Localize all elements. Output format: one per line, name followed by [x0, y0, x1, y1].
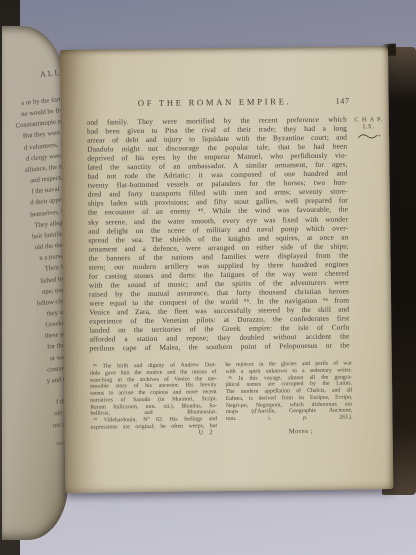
main-text-line: perilous cape of Malea, the southern poi… [90, 341, 350, 353]
footnote-column-left: ⁹⁴ The birth and dignity of Andrew Dan-d… [90, 362, 217, 431]
footnotes: ⁹⁴ The birth and dignity of Andrew Dan-d… [90, 360, 353, 431]
chapter-margin-note: C H A P. LX. [351, 117, 387, 140]
facing-page-left: ALL s or by the fortune would be fruiCon… [2, 26, 68, 540]
book-page-right: OF THE ROMAN EMPIRE. 147 C H A P. LX. an… [60, 46, 393, 493]
catchword: Morea ; [289, 428, 313, 435]
left-page-footnote-fragments: bassador in Consta-sed [17, 433, 68, 463]
chapter-label: C H A P. [351, 117, 387, 123]
left-running-title-fragment: ALL [2, 68, 62, 85]
page-header: OF THE ROMAN EMPIRE. 147 [87, 96, 347, 111]
page-number: 147 [335, 96, 349, 105]
running-title: OF THE ROMAN EMPIRE. [87, 96, 343, 109]
chapter-number: LX. [351, 124, 387, 130]
signature-mark: U 2 [199, 429, 215, 436]
signature-row: U 2 Morea ; [91, 427, 353, 440]
footnote-line: tom. i. p. 263.). [226, 414, 353, 422]
main-text-block: and family. They were mortified by the r… [87, 115, 350, 353]
footnote-column-right: he rejoices in the glories and perils of… [225, 360, 352, 429]
margin-flourish-icon [351, 132, 387, 140]
left-page-body-fragments: s or by the fortune would be fruiConstan… [2, 94, 68, 435]
left-page-text-fragments: ALL s or by the fortune would be fruiCon… [2, 68, 68, 461]
